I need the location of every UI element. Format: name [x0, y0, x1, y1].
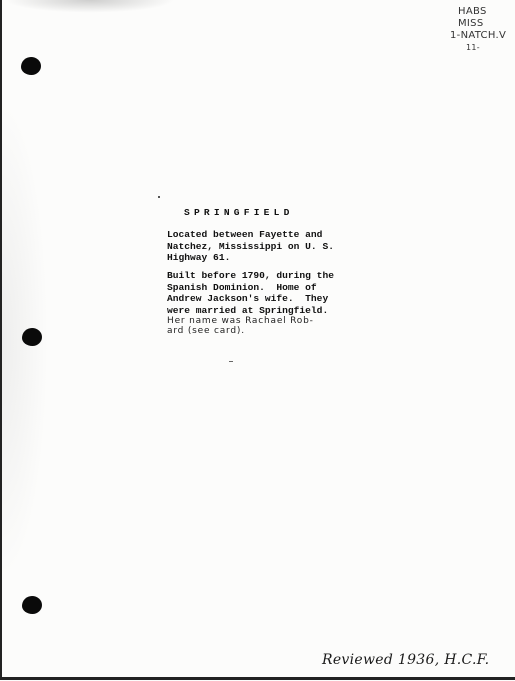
handwritten-note: Her name was Rachael Rob- ard (see card)…	[167, 316, 314, 336]
catalog-mark-line: 11-	[446, 42, 515, 54]
page-left-border	[0, 0, 2, 678]
document-title: SPRINGFIELD	[184, 207, 294, 219]
punch-hole-middle	[22, 328, 42, 346]
history-paragraph: Built before 1790, during the Spanish Do…	[167, 270, 334, 316]
catalog-mark-line: 1-NATCH.V	[446, 30, 515, 42]
catalog-mark-line: MISS	[446, 18, 515, 30]
review-signature: Reviewed 1936, H.C.F.	[322, 652, 489, 668]
catalog-mark: HABS MISS 1-NATCH.V 11-	[446, 6, 515, 54]
catalog-mark-line: HABS	[446, 6, 515, 18]
stray-mark	[158, 196, 160, 198]
punch-hole-top	[21, 57, 41, 75]
page-bottom-border	[0, 677, 515, 680]
punch-hole-bottom	[22, 596, 42, 614]
location-paragraph: Located between Fayette and Natchez, Mis…	[167, 229, 334, 264]
stray-mark	[229, 361, 233, 362]
scanned-document-page: HABS MISS 1-NATCH.V 11- SPRINGFIELD Loca…	[0, 0, 515, 681]
